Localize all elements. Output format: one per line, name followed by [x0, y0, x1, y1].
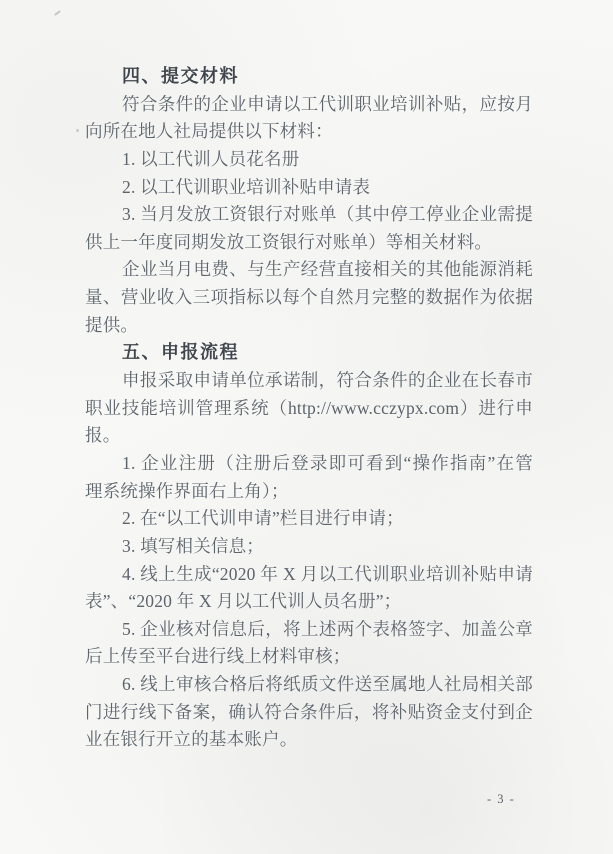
scan-speck [54, 10, 61, 16]
scan-speck [76, 129, 79, 132]
document-page: 四、提交材料 符合条件的企业申请以工代训职业培训补贴，应按月 向所在地人社局提供… [0, 0, 613, 854]
text-line-url: 职业技能培训管理系统（http://www.cczypx.com）进行申 [85, 395, 533, 423]
list-item: 2. 在“以工代训申请”栏目进行申请； [85, 505, 533, 533]
text-line: 门进行线下备案，确认符合条件后，将补贴资金支付到企 [85, 699, 533, 727]
list-item: 3. 当月发放工资银行对账单（其中停工停业企业需提 [85, 201, 533, 229]
page-number: - 3 - [487, 792, 515, 807]
section-heading-4: 四、提交材料 [85, 63, 533, 91]
text-line: 企业当月电费、与生产经营直接相关的其他能源消耗 [85, 256, 533, 284]
text-line: 供上一年度同期发放工资银行对账单）等相关材料。 [85, 229, 533, 257]
text-line: 申报采取申请单位承诺制，符合条件的企业在长春市 [85, 367, 533, 395]
list-item: 1. 以工代训人员花名册 [85, 146, 533, 174]
list-item: 5. 企业核对信息后，将上述两个表格签字、加盖公章 [85, 616, 533, 644]
list-item: 2. 以工代训职业培训补贴申请表 [85, 174, 533, 202]
text-line: 符合条件的企业申请以工代训职业培训补贴，应按月 [85, 91, 533, 119]
text-line: 表”、“2020 年 X 月以工代训人员名册”； [85, 588, 533, 616]
text-line: 提供。 [85, 312, 533, 340]
list-item: 4. 线上生成“2020 年 X 月以工代训职业培训补贴申请 [85, 561, 533, 589]
text-line: 后上传至平台进行线上材料审核； [85, 643, 533, 671]
text-line: 理系统操作界面右上角）； [85, 478, 533, 506]
text-line: 向所在地人社局提供以下材料： [85, 118, 533, 146]
list-item: 1. 企业注册（注册后登录即可看到“操作指南”在管 [85, 450, 533, 478]
text-line: 报。 [85, 422, 533, 450]
list-item: 3. 填写相关信息； [85, 533, 533, 561]
list-item: 6. 线上审核合格后将纸质文件送至属地人社局相关部 [85, 671, 533, 699]
text-line: 量、营业收入三项指标以每个自然月完整的数据作为依据 [85, 284, 533, 312]
section-heading-5: 五、申报流程 [85, 339, 533, 367]
text-line: 业在银行开立的基本账户。 [85, 726, 533, 754]
document-body: 四、提交材料 符合条件的企业申请以工代训职业培训补贴，应按月 向所在地人社局提供… [85, 63, 533, 754]
